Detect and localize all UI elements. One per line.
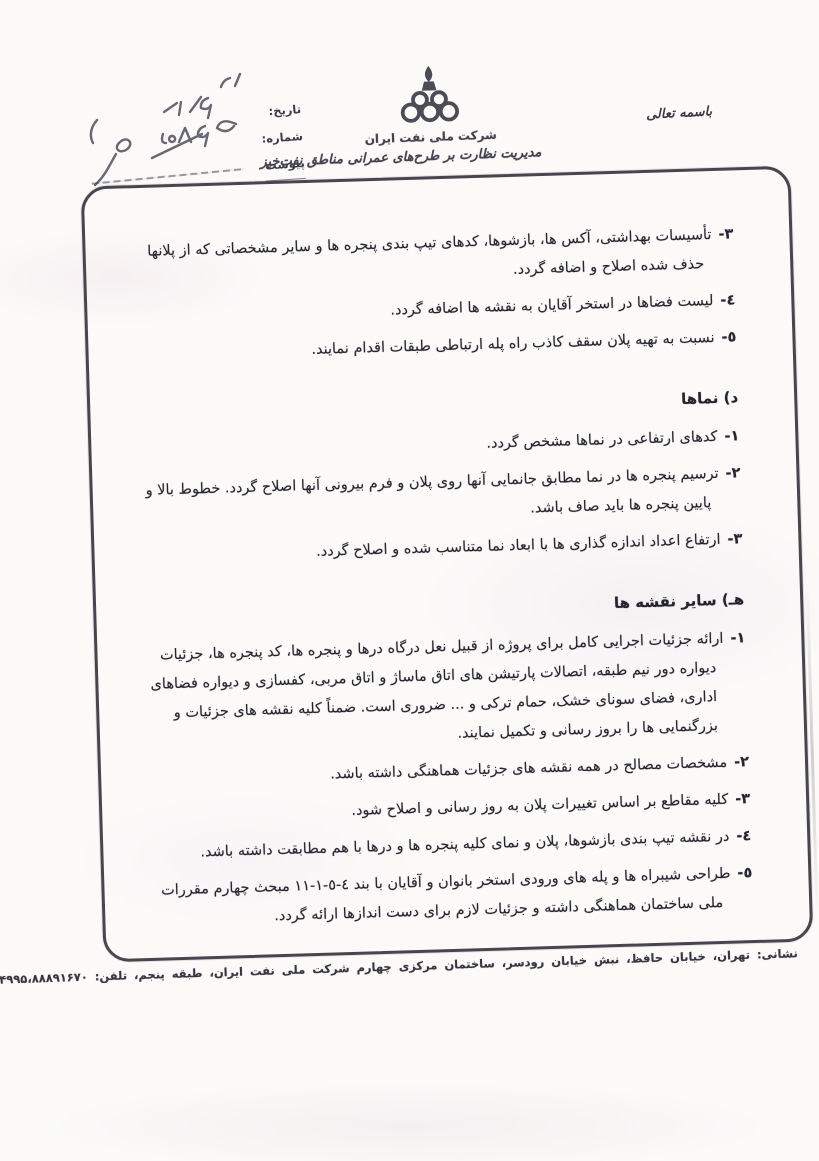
item-number: ٣- <box>735 791 750 807</box>
section-heading-other-drawings: هـ) سایر نقشه ها <box>140 584 745 632</box>
handwriting-stroke <box>117 139 130 151</box>
company-name: شرکت ملی نفت ایران <box>321 126 541 148</box>
logo-ring <box>432 92 446 106</box>
department-name: مدیریت نظارت بر طرح‌های عمرانی مناطق نفت… <box>321 145 541 168</box>
handwriting-stroke <box>221 78 230 87</box>
item-text: تأسیسات بهداشتی، آکس ها، بازشوها، کدهای … <box>147 227 712 278</box>
handwriting-stroke <box>162 134 166 143</box>
item-text: لیست فضاها در استخر آقایان به نقشه ها اض… <box>390 293 713 319</box>
date-row: تاریخ: <box>240 96 302 127</box>
item-text: نسبت به تهیه پلان سقف کاذب راه پله ارتبا… <box>311 330 715 358</box>
scanned-letter-page: تاریخ: شماره: پیوست باسمه تعالی شرکت ملی… <box>0 0 819 1161</box>
number-label: شماره: <box>261 129 303 146</box>
date-label: تاریخ: <box>268 102 301 118</box>
list-item: ٢-ترسیم پنجره ها در نما مطابق جانمایی آن… <box>136 459 741 535</box>
list-item: ٣-تأسیسات بهداشتی، آکس ها، بازشوها، کدها… <box>129 220 734 296</box>
handwriting-stroke <box>235 74 240 86</box>
handwriting-stroke <box>164 103 177 112</box>
item-text: ارتفاع اعداد اندازه گذاری ها با ابعاد نم… <box>316 532 721 560</box>
item-number: ٣- <box>727 531 742 547</box>
item-number: ٢- <box>734 754 749 770</box>
logo-flame <box>425 67 432 81</box>
item-text: در نقشه تیپ بندی بازشوها، پلان و نمای کل… <box>200 829 729 861</box>
logo-torch-cup <box>422 82 436 90</box>
list-item: ١-ارائه جزئیات اجرایی کامل برای پروژه از… <box>141 624 748 758</box>
item-number: ٥- <box>737 865 752 881</box>
item-text: طراحی شیبراه ها و پله های ورودی استخر با… <box>161 866 731 925</box>
item-number: ٤- <box>736 828 751 844</box>
item-number: ١- <box>730 630 745 646</box>
item-number: ٣- <box>718 226 733 242</box>
nioc-torch-logo-icon <box>395 65 463 129</box>
letterhead: شرکت ملی نفت ایران مدیریت نظارت بر طرح‌ه… <box>318 62 541 168</box>
item-text: کدهای ارتفاعی در نماها مشخص گردد. <box>486 429 718 452</box>
bismillah-text: باسمه تعالی <box>646 104 713 122</box>
letter-body: ٣-تأسیسات بهداشتی، آکس ها، بازشوها، کدها… <box>84 169 811 960</box>
item-number: ٢- <box>725 465 740 481</box>
handwriting-stroke <box>190 97 201 112</box>
item-number: ٤- <box>720 292 735 308</box>
handwriting-stroke <box>201 98 211 118</box>
handwriting-stroke <box>152 134 202 158</box>
logo-ring <box>413 93 427 107</box>
item-text: ترسیم پنجره ها در نما مطابق جانمایی آنها… <box>145 466 718 517</box>
list-item: ٥-طراحی شیبراه ها و پله های ورودی استخر … <box>148 859 753 935</box>
handwriting-stroke <box>169 136 175 142</box>
content-frame: ٣-تأسیسات بهداشتی، آکس ها، بازشوها، کدها… <box>81 166 814 963</box>
section-heading-facades: د) نماها <box>134 382 739 430</box>
handwriting-stroke <box>179 102 181 115</box>
item-number: ١- <box>724 428 739 444</box>
handwriting-stroke <box>217 121 236 131</box>
number-row: شماره: <box>242 123 304 154</box>
item-text: ارائه جزئیات اجرایی کامل برای پروژه از ق… <box>150 631 723 742</box>
item-text: کلیه مقاطع بر اساس تغییرات پلان به روز ر… <box>351 792 728 819</box>
handwriting-stroke <box>91 120 97 143</box>
item-number: ٥- <box>721 329 736 345</box>
item-text: مشخصات مصالح در همه نقشه های جزئیات هماه… <box>330 755 727 783</box>
